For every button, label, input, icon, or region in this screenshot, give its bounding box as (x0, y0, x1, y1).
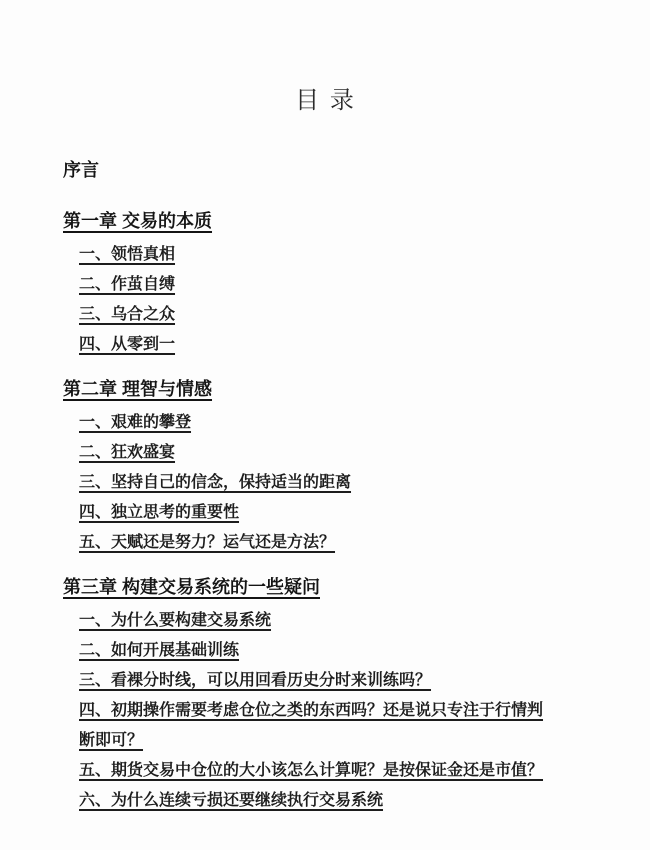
chapter-heading-link[interactable]: 第三章 构建交易系统的一些疑问 (63, 574, 320, 600)
chapter-heading-link[interactable]: 第二章 理智与情感 (63, 376, 212, 402)
toc-preface: 序言 (63, 158, 586, 182)
chapter-items: 一、领悟真相二、作茧自缚三、乌合之众四、从零到一 (63, 240, 586, 360)
toc-item-link[interactable]: 一、领悟真相 (79, 240, 175, 270)
toc-item-link[interactable]: 五、天赋还是努力？运气还是方法？ (79, 528, 335, 558)
toc-item-link[interactable]: 五、期货交易中仓位的大小该怎么计算呢？是按保证金还是市值？ (79, 756, 543, 786)
toc-item-link[interactable]: 六、为什么连续亏损还要继续执行交易系统 (79, 786, 383, 816)
chapters: 第一章 交易的本质一、领悟真相二、作茧自缚三、乌合之众四、从零到一第二章 理智与… (63, 208, 586, 816)
toc-item-link[interactable]: 四、初期操作需要考虑仓位之类的东西吗？还是说只专注于行情判 断即可？ (79, 696, 543, 756)
chapter-section: 第一章 交易的本质一、领悟真相二、作茧自缚三、乌合之众四、从零到一 (63, 208, 586, 360)
toc-item-link[interactable]: 二、作茧自缚 (79, 270, 175, 300)
chapter-items: 一、为什么要构建交易系统二、如何开展基础训练三、看裸分时线，可以用回看历史分时来… (63, 606, 586, 816)
toc-item-link[interactable]: 一、为什么要构建交易系统 (79, 606, 271, 636)
toc-item-link[interactable]: 三、看裸分时线，可以用回看历史分时来训练吗？ (79, 666, 431, 696)
toc-item-link[interactable]: 三、坚持自己的信念，保持适当的距离 (79, 468, 351, 498)
page-title: 目录 (63, 86, 586, 116)
chapter-section: 第三章 构建交易系统的一些疑问一、为什么要构建交易系统二、如何开展基础训练三、看… (63, 574, 586, 816)
chapter-section: 第二章 理智与情感一、艰难的攀登二、狂欢盛宴三、坚持自己的信念，保持适当的距离四… (63, 376, 586, 558)
toc-page: 目录 序言 第一章 交易的本质一、领悟真相二、作茧自缚三、乌合之众四、从零到一第… (0, 0, 650, 850)
chapter-heading-link[interactable]: 第一章 交易的本质 (63, 208, 212, 234)
toc-item-link[interactable]: 二、狂欢盛宴 (79, 438, 175, 468)
toc-item-link[interactable]: 四、从零到一 (79, 330, 175, 360)
toc-item-link[interactable]: 二、如何开展基础训练 (79, 636, 239, 666)
toc-item-link[interactable]: 三、乌合之众 (79, 300, 175, 330)
chapter-items: 一、艰难的攀登二、狂欢盛宴三、坚持自己的信念，保持适当的距离四、独立思考的重要性… (63, 408, 586, 558)
toc-item-link[interactable]: 四、独立思考的重要性 (79, 498, 239, 528)
toc-item-link[interactable]: 一、艰难的攀登 (79, 408, 191, 438)
